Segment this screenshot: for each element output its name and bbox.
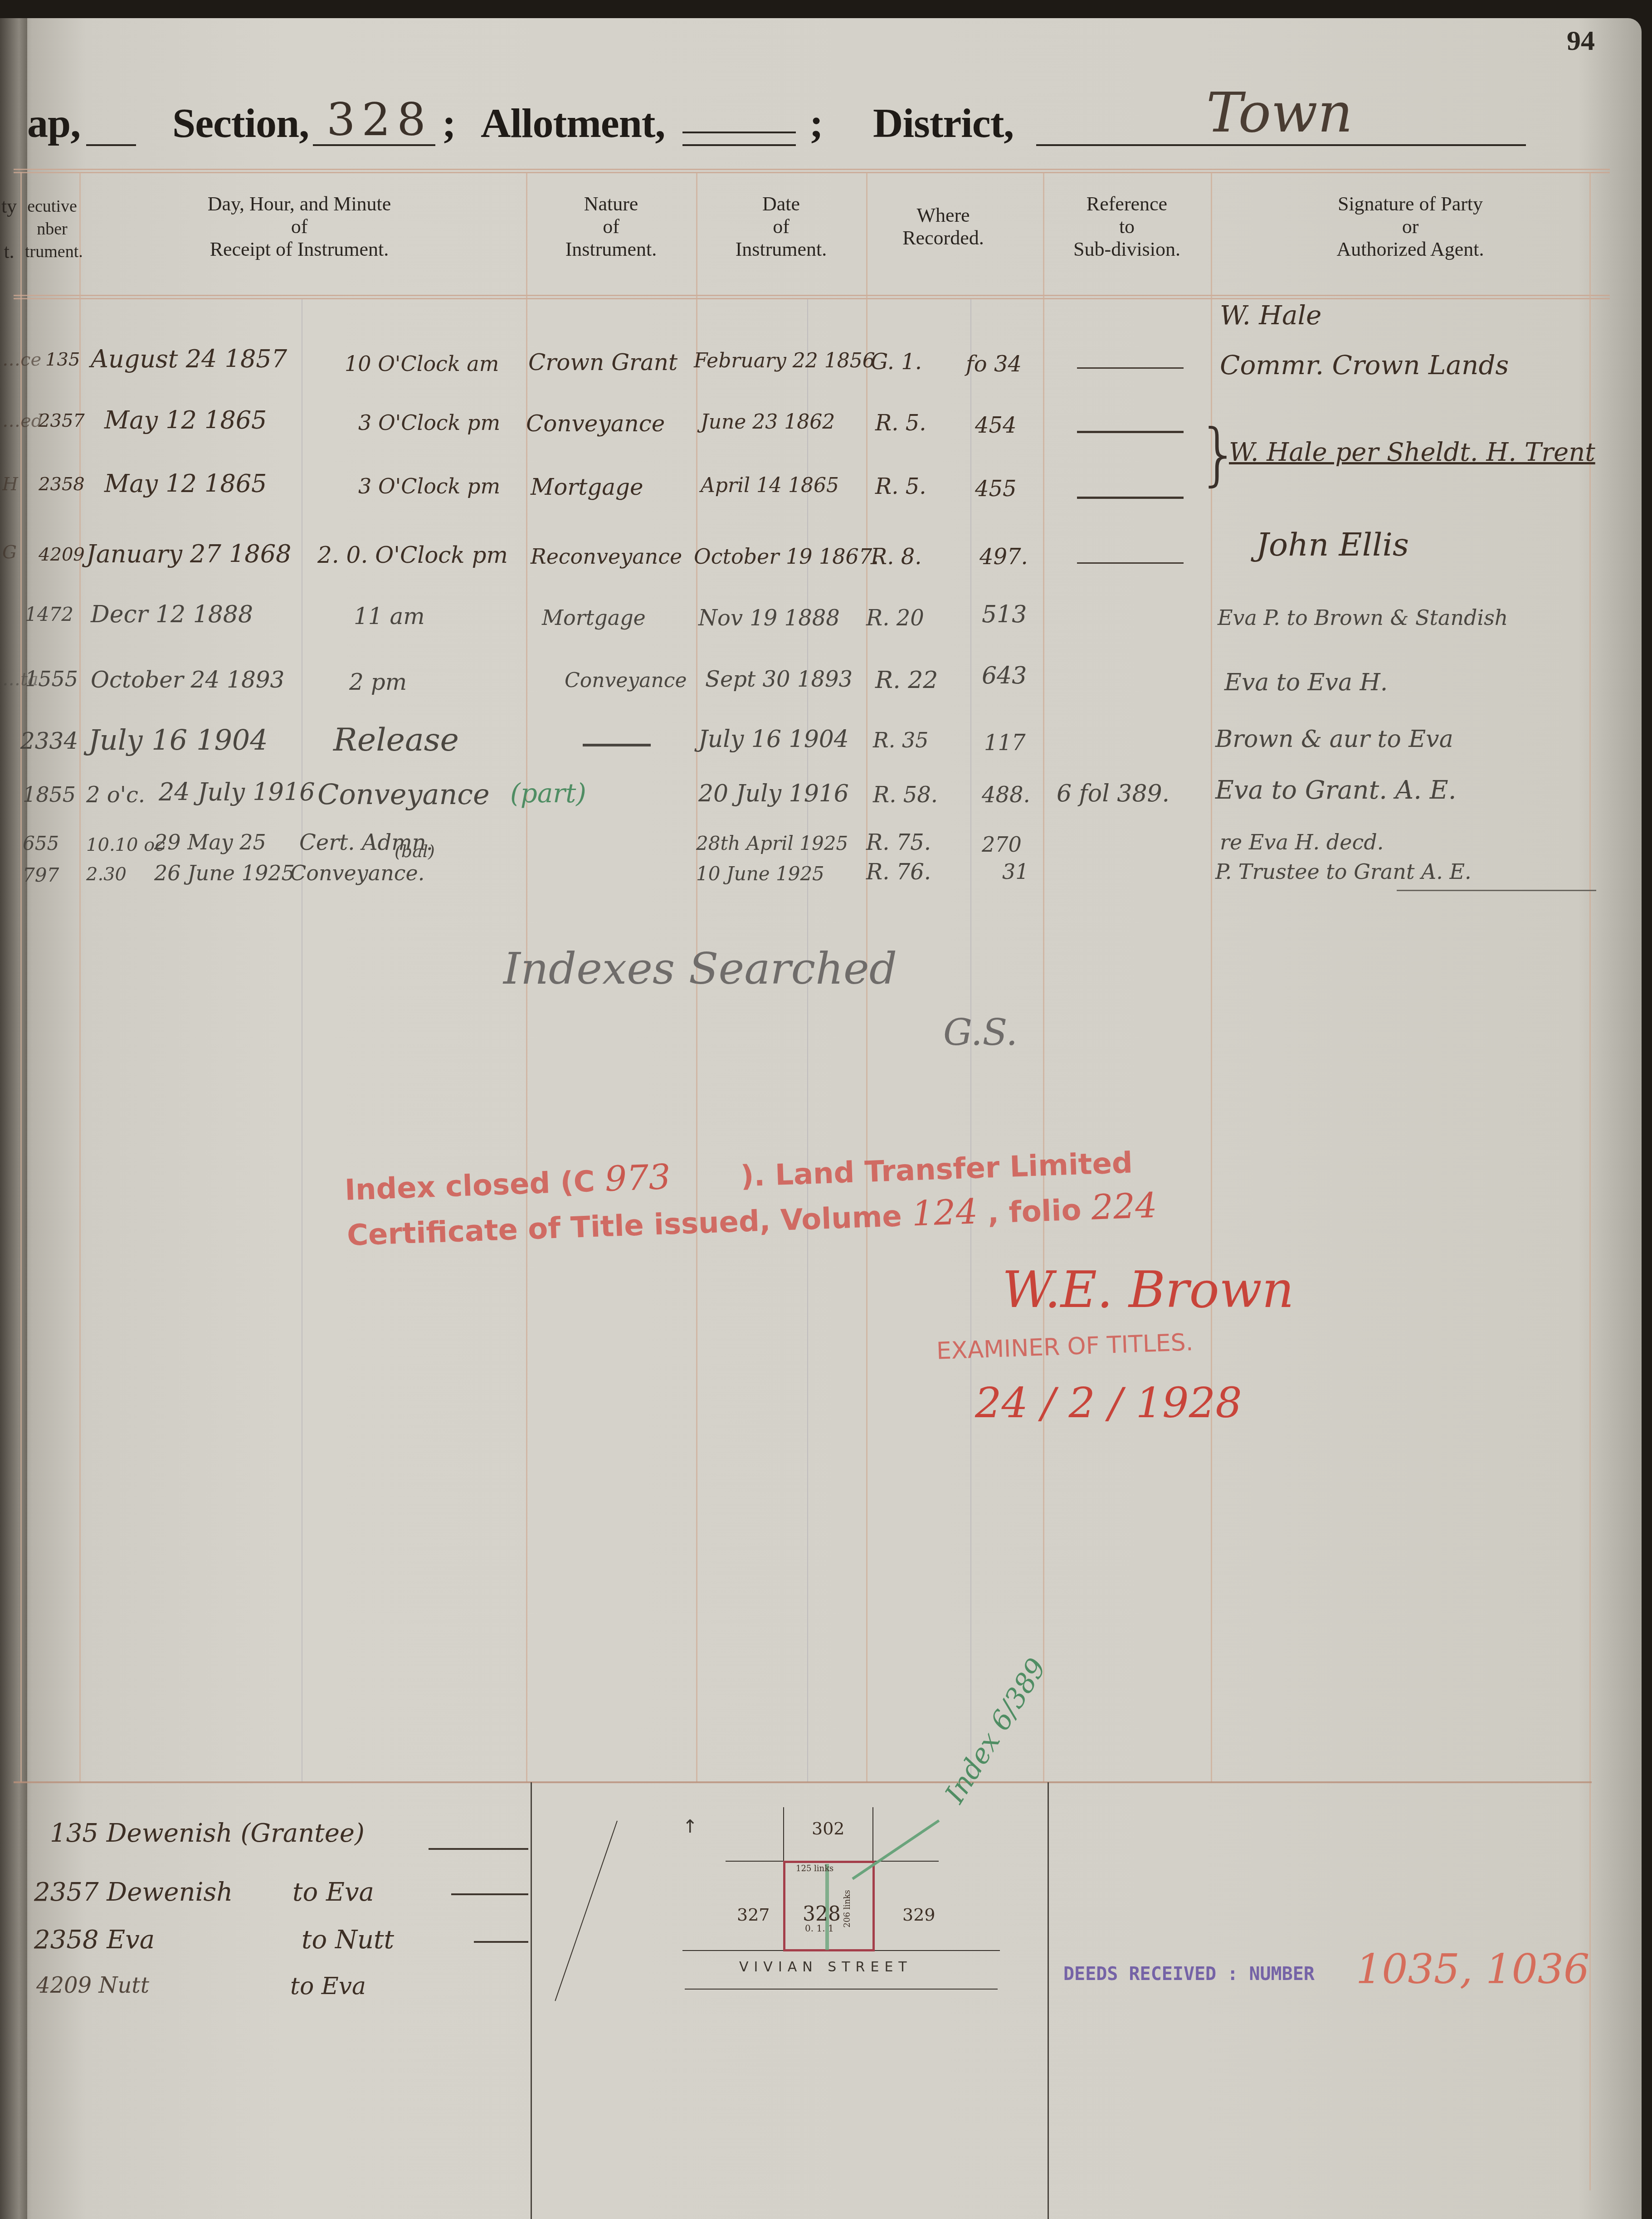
entry-date[interactable]: 10 June 1925 xyxy=(696,863,824,885)
entry-page[interactable]: fo 34 xyxy=(966,351,1022,377)
entry-book[interactable]: R. 58. xyxy=(873,782,938,808)
entry-nature[interactable]: Conveyance xyxy=(526,410,665,437)
chain-dash xyxy=(429,1848,528,1850)
head-line: Reference xyxy=(1043,193,1211,215)
entry-page[interactable]: 454 xyxy=(975,413,1017,438)
deeds-received-label: DEEDS RECEIVED : NUMBER xyxy=(1063,1964,1315,1985)
entry-receipt-time[interactable]: 10.10 oc xyxy=(86,834,165,855)
chain-to: to Nutt xyxy=(302,1925,394,1955)
entry-receipt-date[interactable]: May 12 1865 xyxy=(104,406,267,434)
entry-book[interactable]: R. 5. xyxy=(875,410,926,436)
stamp-number: 973 xyxy=(604,1156,671,1199)
head-line: Instrument. xyxy=(526,238,696,261)
entry-receipt-time[interactable]: 2 pm xyxy=(349,669,407,695)
head-line: Nature xyxy=(526,193,696,215)
entry-reference[interactable]: 6 fol 389. xyxy=(1057,780,1170,807)
column-head-date: Date of Instrument. xyxy=(696,193,866,261)
entry-reference-dash xyxy=(1077,431,1184,433)
entry-page[interactable]: 270 xyxy=(982,832,1022,857)
entry-receipt-date[interactable]: July 16 1904 xyxy=(88,723,268,756)
entry-receipt-time[interactable]: 2 o'c. xyxy=(86,782,145,808)
entry-book[interactable]: R. 75. xyxy=(866,830,931,855)
district-value[interactable]: Town xyxy=(1206,82,1353,145)
entry-number[interactable]: 2357 xyxy=(39,410,85,431)
chain-dash xyxy=(451,1893,528,1895)
entry-nature[interactable]: Conveyance xyxy=(317,778,490,811)
entry-signature[interactable]: P. Trustee to Grant A. E. xyxy=(1215,859,1472,884)
entry-receipt-time[interactable]: 2. 0. O'Clock pm xyxy=(317,542,508,568)
deeds-received-value[interactable]: 1035, 1036 xyxy=(1356,1946,1589,1993)
head-line: Recorded. xyxy=(866,227,1020,249)
entry-receipt-date[interactable]: January 27 1868 xyxy=(86,540,291,568)
entry-reference-dash xyxy=(1077,497,1184,499)
chain-to: to Eva xyxy=(292,1878,374,1907)
entry-number[interactable]: 1555 xyxy=(25,667,78,691)
chain-number: 4209 xyxy=(36,1973,92,1998)
entry-receipt-date[interactable]: August 24 1857 xyxy=(91,345,287,373)
column-rule xyxy=(302,299,302,1782)
chain-entry[interactable]: 135 Dewenish (Grantee) xyxy=(50,1819,365,1848)
head-line: Sub-division. xyxy=(1043,238,1211,261)
plan-section-north: 302 xyxy=(812,1819,845,1839)
entry-receipt-time[interactable]: 10 O'Clock am xyxy=(345,351,499,376)
pencil-initials: G.S. xyxy=(943,1011,1018,1053)
column-head-consecutive-number: ecutive nber trument. xyxy=(25,195,79,263)
stamp-folio: 224 xyxy=(1091,1185,1158,1228)
entry-receipt-date[interactable]: Decr 12 1888 xyxy=(91,601,253,628)
plan-section-main: 328 xyxy=(803,1902,841,1926)
head-line: or xyxy=(1252,215,1569,238)
entry-signature[interactable]: Brown & aur to Eva xyxy=(1215,726,1453,753)
entry-number[interactable]: 797 xyxy=(23,864,59,886)
head-line: to xyxy=(1043,215,1211,238)
entry-book[interactable]: R. 20 xyxy=(866,605,924,631)
entry-page[interactable]: 497. xyxy=(980,544,1028,570)
entry-nature[interactable]: Conveyance xyxy=(565,669,687,692)
chain-from: Nutt xyxy=(98,1973,149,1998)
entry-book[interactable]: R. 35 xyxy=(873,728,928,752)
entry-nature-dash xyxy=(583,744,651,746)
entry-receipt-date[interactable]: May 12 1865 xyxy=(104,469,267,498)
entry-margin: …ed xyxy=(2,410,43,431)
plan-box-left xyxy=(531,1782,532,2219)
entry-margin: …ce xyxy=(2,349,41,370)
plan-section-west: 327 xyxy=(737,1905,770,1925)
head-line: ty xyxy=(0,195,18,218)
column-rule xyxy=(807,299,808,1782)
entry-page[interactable]: 31 xyxy=(1002,859,1029,884)
entry-margin: G xyxy=(2,542,17,563)
entry-nature[interactable]: Crown Grant xyxy=(528,349,677,376)
head-line: of xyxy=(696,215,866,238)
entry-date[interactable]: Sept 30 1893 xyxy=(705,667,853,692)
allotment-dash-1 xyxy=(682,132,796,133)
entry-date[interactable]: April 14 1865 xyxy=(701,474,839,497)
entry-receipt-time[interactable]: 3 O'Clock pm xyxy=(358,410,500,435)
entry-page[interactable]: 513 xyxy=(982,601,1027,628)
chain-from: Dewenish xyxy=(107,1878,233,1907)
entry-nature[interactable]: Reconveyance xyxy=(531,544,682,569)
entry-number[interactable]: 655 xyxy=(23,832,59,854)
district-label: District, xyxy=(873,99,1014,147)
footer-rule xyxy=(14,1781,1592,1783)
entry-number[interactable]: 1472 xyxy=(25,603,73,625)
entry-nature[interactable]: Mortgage xyxy=(531,474,643,500)
head-line: nber xyxy=(25,218,79,240)
column-rule xyxy=(1589,172,1591,2190)
allotment-dash-2 xyxy=(682,144,796,146)
stamp-folio-label: , folio xyxy=(987,1193,1082,1230)
entry-nature[interactable]: Release xyxy=(333,721,459,758)
entry-reference-dash xyxy=(1077,367,1184,369)
entry-receipt-time[interactable]: 11 am xyxy=(354,603,425,629)
chain-entry[interactable]: 4209 Nutt xyxy=(36,1973,149,1998)
head-line: t. xyxy=(0,240,18,263)
entry-receipt-date[interactable]: 26 June 1925 xyxy=(154,861,295,885)
head-line: Receipt of Instrument. xyxy=(141,238,458,261)
entry-reference-dash xyxy=(1077,562,1184,564)
column-head-where-recorded: Where Recorded. xyxy=(866,204,1020,249)
chain-to: to Eva xyxy=(290,1973,366,2000)
entry-number[interactable]: 135 xyxy=(45,349,80,370)
entry-number[interactable]: 2334 xyxy=(20,728,78,754)
entry-receipt-time[interactable]: 2.30 xyxy=(86,864,127,885)
head-line: of xyxy=(526,215,696,238)
entry-book[interactable]: R. 76. xyxy=(866,859,931,885)
map-label-fragment: ap, xyxy=(27,99,80,147)
entry-book[interactable]: R. 8. xyxy=(871,544,921,570)
entry-number[interactable]: 1855 xyxy=(23,782,76,807)
entry-page[interactable]: 488. xyxy=(982,782,1030,808)
entry-signature[interactable]: Eva to Eva H. xyxy=(1224,669,1388,696)
entry-book[interactable]: R. 5. xyxy=(875,474,926,499)
separator-2: ; xyxy=(809,99,823,147)
column-head-receipt: Day, Hour, and Minute of Receipt of Inst… xyxy=(141,193,458,261)
examiner-signature: W.E. Brown xyxy=(1002,1261,1294,1319)
plan-line xyxy=(685,1989,998,1990)
entry-signature[interactable]: Eva to Grant. A. E. xyxy=(1215,775,1457,805)
chain-from: Eva xyxy=(107,1925,155,1955)
head-line: Day, Hour, and Minute xyxy=(141,193,458,215)
column-head-nature: Nature of Instrument. xyxy=(526,193,696,261)
book-binding xyxy=(0,18,27,2219)
head-line: Date xyxy=(696,193,866,215)
chain-number: 2357 xyxy=(34,1878,99,1907)
chain-dash xyxy=(474,1941,528,1943)
entry-date[interactable]: June 23 1862 xyxy=(701,410,835,434)
column-head-fragment: ty t. xyxy=(0,195,18,263)
chain-number: 135 xyxy=(50,1819,98,1848)
entry-nature[interactable]: Mortgage xyxy=(542,605,646,630)
entry-number[interactable]: 4209 xyxy=(39,544,85,565)
entry-receipt-date[interactable]: 29 May 25 xyxy=(154,830,266,854)
north-arrow-head-icon: ↑ xyxy=(682,1816,698,1837)
column-rule xyxy=(1211,172,1212,1782)
entry-book[interactable]: G. 1. xyxy=(871,349,922,375)
signature-underline xyxy=(1397,890,1596,891)
entry-receipt-date[interactable]: October 24 1893 xyxy=(91,667,284,693)
section-underline xyxy=(313,144,435,146)
column-rule xyxy=(1043,172,1044,1782)
plan-frontage: 125 links xyxy=(796,1864,833,1873)
entry-signature[interactable]: Eva P. to Brown & Standish xyxy=(1218,605,1508,630)
pencil-note: Indexes Searched xyxy=(503,943,897,994)
entry-book[interactable]: R. 22 xyxy=(875,667,938,694)
entry-signature[interactable]: John Ellis xyxy=(1256,526,1409,563)
entry-signature[interactable]: W. Hale per Sheldt. H. Trent xyxy=(1229,438,1595,467)
entry-page[interactable]: 117 xyxy=(984,730,1026,756)
plan-line xyxy=(872,1807,873,1862)
chain-from: Dewenish (Grantee) xyxy=(107,1819,365,1848)
entry-date[interactable]: Nov 19 1888 xyxy=(698,605,840,631)
head-line: Instrument. xyxy=(696,238,866,261)
entry-receipt-time[interactable]: 3 O'Clock pm xyxy=(358,474,500,498)
map-blank xyxy=(86,144,136,146)
entry-nature[interactable]: Conveyance. xyxy=(290,861,424,885)
head-line: Where xyxy=(866,204,1020,227)
entry-page[interactable]: 455 xyxy=(975,476,1017,502)
entry-date[interactable]: February 22 1856 xyxy=(694,349,875,372)
column-head-reference: Reference to Sub-division. xyxy=(1043,193,1211,261)
entry-page[interactable]: 643 xyxy=(982,662,1027,689)
stamp-volume: 124 xyxy=(911,1191,978,1234)
entry-signature[interactable]: re Eva H. decd. xyxy=(1220,830,1384,854)
bracket-icon: } xyxy=(1197,415,1240,494)
allotment-label: Allotment, xyxy=(481,99,665,147)
entry-nature-note[interactable]: (bal) xyxy=(395,841,435,861)
examiner-date: 24 / 2 / 1928 xyxy=(975,1379,1242,1427)
chain-entry[interactable]: 2357 Dewenish xyxy=(34,1878,233,1907)
head-line: trument. xyxy=(25,240,79,263)
entry-date[interactable]: 20 July 1916 xyxy=(698,780,849,807)
entry-date[interactable]: July 16 1904 xyxy=(698,726,849,753)
entry-nature-note[interactable]: (part) xyxy=(510,778,586,809)
section-label: Section, xyxy=(172,99,309,147)
head-line: Signature of Party xyxy=(1252,193,1569,215)
head-line: of xyxy=(141,215,458,238)
entry-date[interactable]: 28th April 1925 xyxy=(696,832,848,854)
entry-receipt-date[interactable]: 24 July 1916 xyxy=(159,778,315,806)
plan-box-right xyxy=(1048,1782,1049,2219)
header-top-rule xyxy=(14,169,1610,173)
plan-line xyxy=(783,1807,784,1862)
plan-depth: 206 links xyxy=(843,1890,852,1927)
separator-1: ; xyxy=(442,99,456,147)
column-head-signature: Signature of Party or Authorized Agent. xyxy=(1252,193,1569,261)
entry-signature[interactable]: W. Hale Commr. Crown Lands xyxy=(1220,290,1509,390)
chain-entry[interactable]: 2358 Eva xyxy=(34,1925,155,1955)
plan-section-east: 329 xyxy=(902,1905,936,1925)
plan-street-label: VIVIAN STREET xyxy=(739,1959,912,1975)
entry-margin: H xyxy=(2,474,18,495)
entry-date[interactable]: October 19 1867. xyxy=(694,544,879,569)
plan-area: 0. 1. 1 xyxy=(805,1923,834,1934)
head-line: Authorized Agent. xyxy=(1252,238,1569,261)
section-value[interactable]: 328 xyxy=(327,93,432,146)
head-line: ecutive xyxy=(25,195,79,218)
chain-number: 2358 xyxy=(34,1925,99,1955)
page-number: 94 xyxy=(1567,25,1595,57)
entry-number[interactable]: 2358 xyxy=(39,474,85,495)
